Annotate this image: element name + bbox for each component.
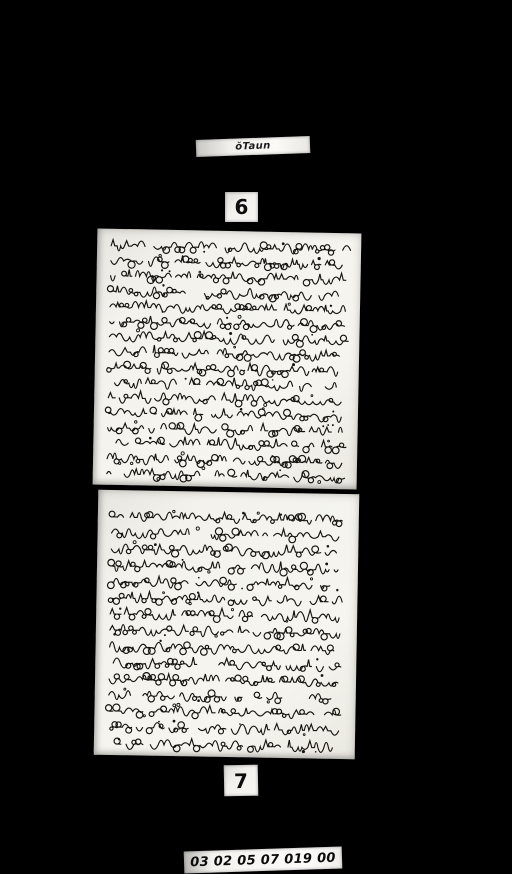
manuscript-line [106, 465, 346, 485]
page-number-card-7: 7 [224, 765, 259, 797]
manuscript-page-7 [94, 490, 360, 760]
footer-code-text: 03 02 05 07 019 00 [190, 850, 336, 870]
manuscript-page-6 [93, 228, 362, 489]
microfilm-frame: ŏTaun 6 7 03 02 05 07 019 00 [0, 0, 512, 874]
handwriting-stroke [116, 735, 335, 754]
manuscript-text-block-6 [106, 237, 351, 485]
handwriting-stroke [106, 465, 344, 485]
manuscript-line [107, 735, 343, 755]
header-label-strip: ŏTaun [196, 136, 311, 157]
page-number-card-6: 6 [225, 192, 258, 222]
footer-code-strip: 03 02 05 07 019 00 [184, 847, 343, 874]
page-number-6-text: 6 [235, 197, 249, 217]
manuscript-text-block-7 [107, 508, 347, 755]
page-number-7-text: 7 [234, 770, 248, 790]
header-label-text: ŏTaun [235, 140, 271, 152]
